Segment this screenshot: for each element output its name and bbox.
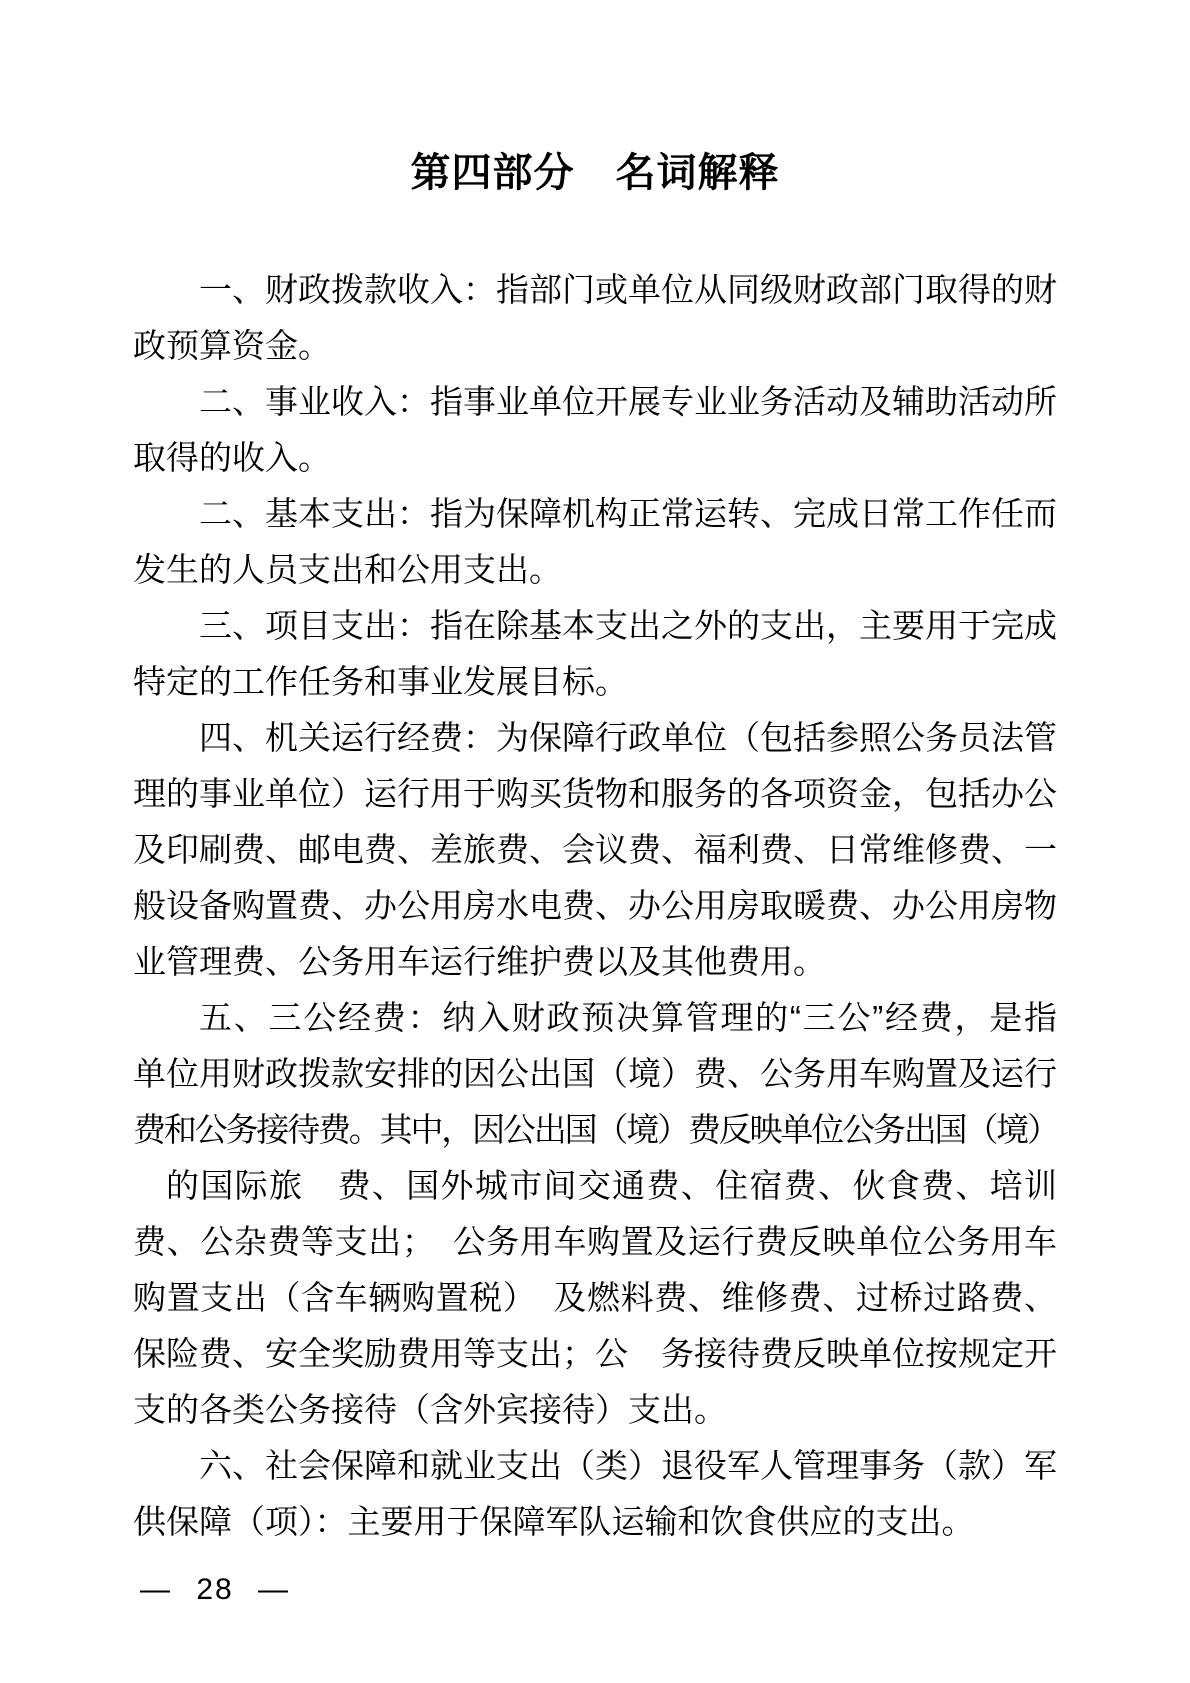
text-line: 费和公务接待费。其中，因公出国（境）费反映单位公务出国（境） (133, 1102, 1057, 1158)
document-page: 第四部分 名词解释 一、财政拨款收入：指部门或单位从同级财政部门取得的财 政预算… (0, 0, 1190, 1683)
text-line: 五、三公经费：纳入财政预决算管理的“三公”经费，是指 (133, 990, 1057, 1046)
text-line: 二、基本支出：指为保障机构正常运转、完成日常工作任而 (133, 486, 1057, 542)
text-line: 理的事业单位）运行用于购买货物和服务的各项资金，包括办公 (133, 766, 1057, 822)
page-title: 第四部分 名词解释 (0, 150, 1190, 196)
text-line: 六、社会保障和就业支出（类）退役军人管理事务（款）军 (133, 1438, 1057, 1494)
text-line: 发生的人员支出和公用支出。 (133, 542, 1057, 598)
text-line: 的国际旅 费、国外城市间交通费、住宿费、伙食费、培训 (133, 1158, 1057, 1214)
text-line: 支的各类公务接待（含外宾接待）支出。 (133, 1382, 1057, 1438)
text-line: 取得的收入。 (133, 430, 1057, 486)
text-line: 业管理费、公务用车运行维护费以及其他费用。 (133, 934, 1057, 990)
text-line: 单位用财政拨款安排的因公出国（境）费、公务用车购置及运行 (133, 1046, 1057, 1102)
text-line: 三、项目支出：指在除基本支出之外的支出，主要用于完成 (133, 598, 1057, 654)
text-line: 供保障（项）：主要用于保障军队运输和饮食供应的支出。 (133, 1494, 1057, 1550)
text-line: 二、事业收入：指事业单位开展专业业务活动及辅助活动所 (133, 374, 1057, 430)
text-line: 特定的工作任务和事业发展目标。 (133, 654, 1057, 710)
body-text: 一、财政拨款收入：指部门或单位从同级财政部门取得的财 政预算资金。 二、事业收入… (133, 262, 1057, 1550)
text-line: 政预算资金。 (133, 318, 1057, 374)
text-line: 费、公杂费等支出； 公务用车购置及运行费反映单位公务用车 (133, 1214, 1057, 1270)
text-line: 四、机关运行经费：为保障行政单位（包括参照公务员法管 (133, 710, 1057, 766)
text-line: 一、财政拨款收入：指部门或单位从同级财政部门取得的财 (133, 262, 1057, 318)
page-number: — 28 — (140, 1570, 290, 1610)
text-line: 及印刷费、邮电费、差旅费、会议费、福利费、日常维修费、一 (133, 822, 1057, 878)
text-line: 般设备购置费、办公用房水电费、办公用房取暖费、办公用房物 (133, 878, 1057, 934)
text-line: 购置支出（含车辆购置税） 及燃料费、维修费、过桥过路费、 (133, 1270, 1057, 1326)
text-line: 保险费、安全奖励费用等支出；公 务接待费反映单位按规定开 (133, 1326, 1057, 1382)
